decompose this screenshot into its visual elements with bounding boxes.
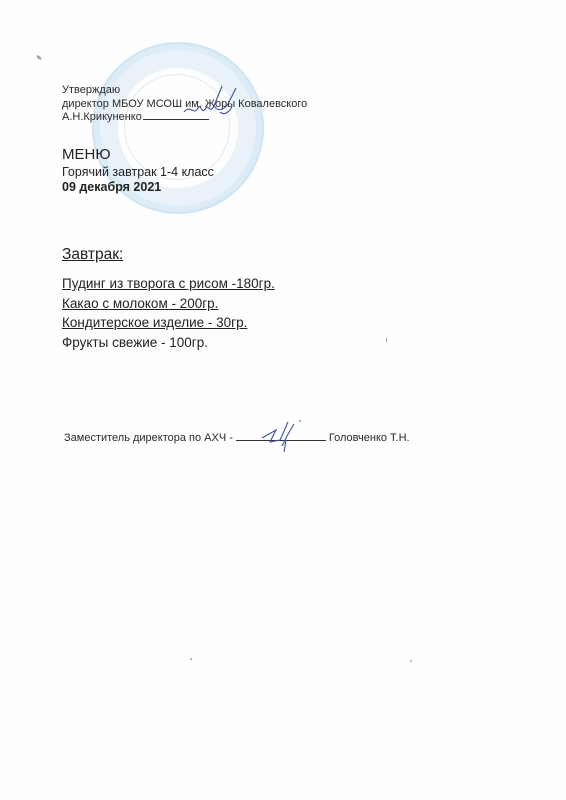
director-signature-icon [180, 82, 240, 122]
menu-item: Пудинг из творога с рисом -180гр. [62, 274, 275, 294]
menu-item: Фрукты свежие - 100гр. [62, 333, 275, 353]
menu-item: Кондитерское изделие - 30гр. [62, 313, 275, 333]
breakfast-title: Завтрак: [62, 246, 275, 264]
breakfast-items: Пудинг из творога с рисом -180гр. Какао … [62, 274, 275, 352]
scan-speck [36, 54, 43, 60]
director-name: А.Н.Крикуненко [62, 111, 142, 123]
menu-header: МЕНЮ Горячий завтрак 1-4 класс 09 декабр… [62, 146, 214, 195]
deputy-role: Заместитель директора по АХЧ - [64, 432, 233, 444]
menu-subtitle: Горячий завтрак 1-4 класс [62, 165, 214, 180]
scan-speck [190, 658, 192, 660]
deputy-signature-icon [258, 418, 308, 454]
menu-date: 09 декабря 2021 [62, 180, 214, 195]
scan-speck [386, 337, 387, 343]
document-page: Утверждаю директор МБОУ МСОШ им. Жоры Ко… [0, 0, 566, 800]
deputy-signature-block: Заместитель директора по АХЧ -Головченко… [64, 432, 410, 444]
breakfast-section: Завтрак: Пудинг из творога с рисом -180г… [62, 246, 275, 352]
menu-item: Какао с молоком - 200гр. [62, 294, 275, 314]
scan-speck [410, 660, 412, 662]
menu-title: МЕНЮ [62, 146, 214, 163]
deputy-name: Головченко Т.Н. [329, 432, 410, 444]
